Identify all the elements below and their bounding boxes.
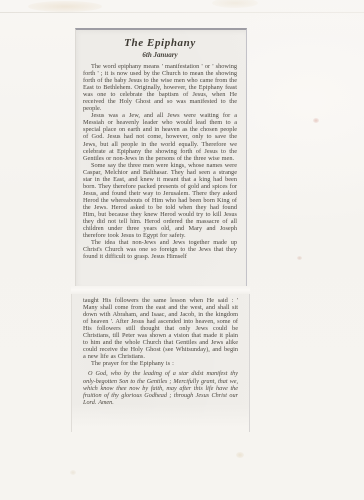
page-subtitle: 6th January [83, 51, 237, 60]
paragraph-prayer-intro: The prayer for the Epiphany is : [83, 360, 238, 367]
page-title: The Epiphany [83, 37, 237, 50]
stain-mark [236, 452, 244, 458]
page-fold-gap [71, 286, 250, 294]
stain-mark [28, 1, 102, 12]
stain-mark [70, 470, 76, 475]
paragraph-jesus-a-jew: Jesus was a Jew, and all Jews were waiti… [83, 112, 237, 161]
paragraph-church-idea-start: The idea that non-Jews and Jews together… [83, 239, 237, 260]
card-bottom-fade [72, 404, 249, 432]
paragraph-three-kings: Some say the three men were kings, whose… [83, 162, 237, 240]
epiphany-collect-prayer: O God, who by the leading of a star dids… [83, 370, 238, 405]
leaflet-page-lower: taught His followers the same lesson whe… [71, 294, 250, 432]
paragraph-epiphany-meaning: The word epiphany means ' manifestation … [83, 63, 237, 112]
stain-mark [313, 118, 319, 123]
stain-mark [297, 256, 302, 260]
stain-mark [212, 0, 258, 8]
paragraph-church-idea-continued: taught His followers the same lesson whe… [83, 297, 238, 360]
leaflet-page-upper: The Epiphany 6th January The word epipha… [75, 28, 247, 286]
scanner-artifact-line [0, 12, 364, 13]
scanned-page-background: The Epiphany 6th January The word epipha… [0, 0, 364, 500]
